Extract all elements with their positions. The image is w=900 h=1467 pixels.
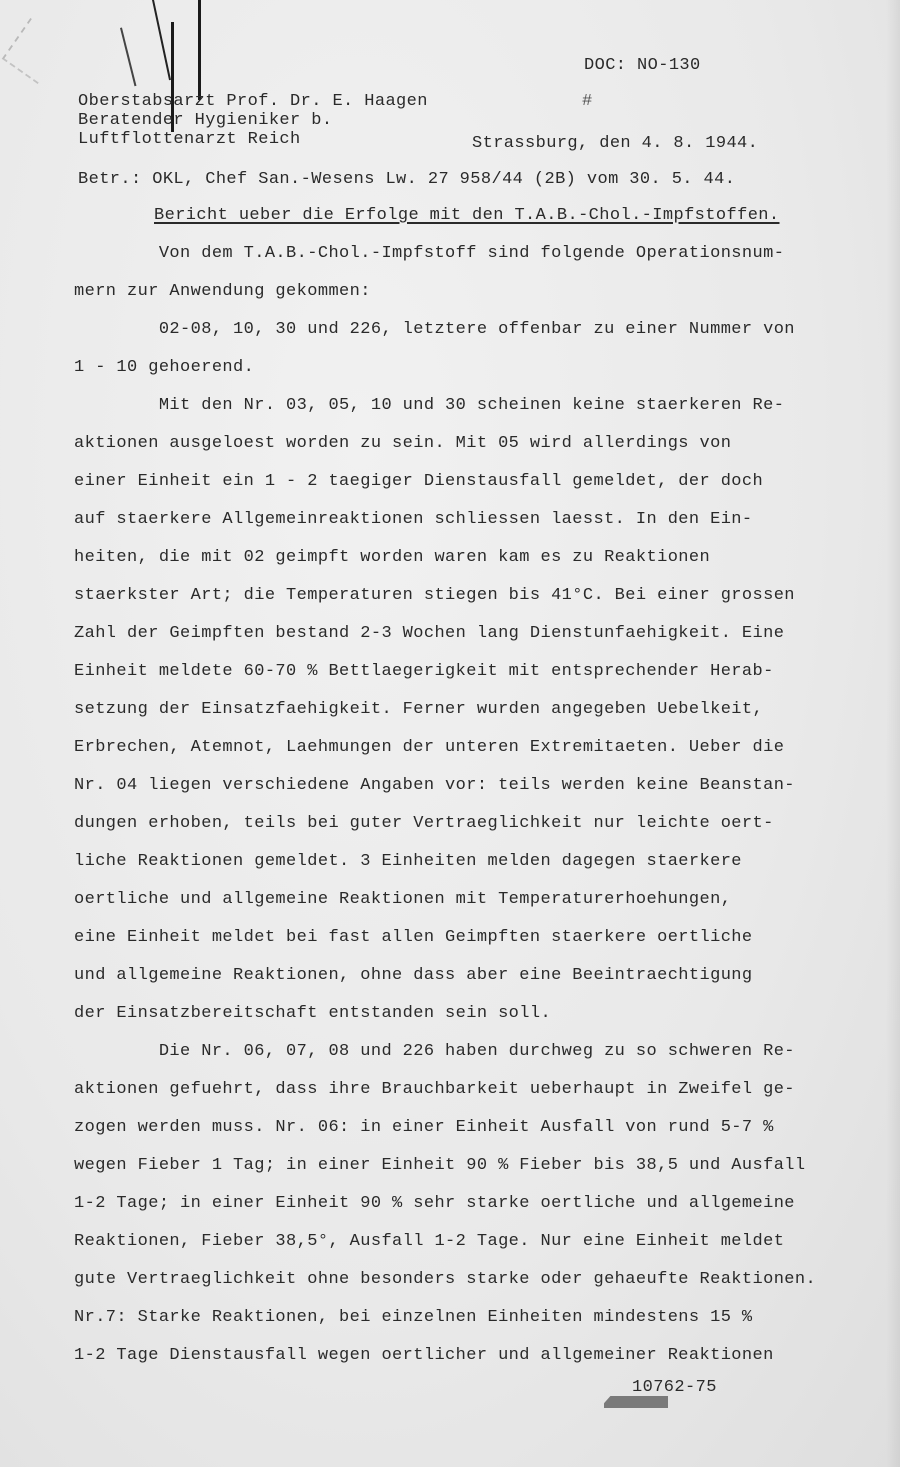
body-text-line: Die Nr. 06, 07, 08 und 226 haben durchwe… [74,1042,795,1062]
redaction-mark [604,1396,668,1408]
body-text-line: Reaktionen, Fieber 38,5°, Ausfall 1-2 Ta… [74,1232,784,1252]
body-text-line: dungen erhoben, teils bei guter Vertraeg… [74,814,774,834]
hash-mark: # [582,92,592,111]
body-text-line: zogen werden muss. Nr. 06: in einer Einh… [74,1118,774,1138]
body-text-line: staerkster Art; die Temperaturen stiegen… [74,586,795,606]
body-text-line: gute Vertraeglichkeit ohne besonders sta… [74,1270,816,1290]
body-text-line: und allgemeine Reaktionen, ohne dass abe… [74,966,753,986]
body-text-line: heiten, die mit 02 geimpft worden waren … [74,548,710,568]
body-text-line: Erbrechen, Atemnot, Laehmungen der unter… [74,738,784,758]
body-text-line: mern zur Anwendung gekommen: [74,282,371,302]
body-text-line: liche Reaktionen gemeldet. 3 Einheiten m… [74,852,742,872]
body-text-line: aktionen ausgeloest worden zu sein. Mit … [74,434,731,454]
body-text-line: Von dem T.A.B.-Chol.-Impfstoff sind folg… [74,244,784,264]
sender-line-3: Luftflottenarzt Reich [78,130,301,150]
body-text-line: Mit den Nr. 03, 05, 10 und 30 scheinen k… [74,396,784,416]
paper-edge-shadow [886,0,900,1467]
body-text-line: oertliche und allgemeine Reaktionen mit … [74,890,731,910]
body-text-line: eine Einheit meldet bei fast allen Geimp… [74,928,753,948]
sender-line-1: Oberstabsarzt Prof. Dr. E. Haagen [78,92,428,112]
paper-damage-mark [2,18,67,84]
ink-stroke-mark [152,0,171,80]
reference-line: Betr.: OKL, Chef San.-Wesens Lw. 27 958/… [78,170,735,190]
ink-stroke-mark [198,0,201,100]
body-text-line: 1 - 10 gehoerend. [74,358,254,378]
body-text-line: 02-08, 10, 30 und 226, letztere offenbar… [74,320,795,340]
body-text-line: Nr.7: Starke Reaktionen, bei einzelnen E… [74,1308,753,1328]
ink-stroke-mark [120,28,136,87]
document-id: DOC: NO-130 [584,56,701,76]
page-number: 10762-75 [632,1378,717,1398]
body-text-line: Einheit meldete 60-70 % Bettlaegerigkeit… [74,662,774,682]
body-text-line: einer Einheit ein 1 - 2 taegiger Diensta… [74,472,763,492]
place-date: Strassburg, den 4. 8. 1944. [472,134,758,154]
body-text-line: aktionen gefuehrt, dass ihre Brauchbarke… [74,1080,795,1100]
body-text-line: 1-2 Tage; in einer Einheit 90 % sehr sta… [74,1194,795,1214]
sender-line-2: Beratender Hygieniker b. [78,111,332,131]
report-title: Bericht ueber die Erfolge mit den T.A.B.… [154,206,780,226]
body-text-line: setzung der Einsatzfaehigkeit. Ferner wu… [74,700,763,720]
body-text-line: der Einsatzbereitschaft entstanden sein … [74,1004,551,1024]
body-text-line: Nr. 04 liegen verschiedene Angaben vor: … [74,776,795,796]
body-text-line: Zahl der Geimpften bestand 2-3 Wochen la… [74,624,784,644]
body-text-line: wegen Fieber 1 Tag; in einer Einheit 90 … [74,1156,806,1176]
body-text-line: auf staerkere Allgemeinreaktionen schlie… [74,510,753,530]
body-text-line: 1-2 Tage Dienstausfall wegen oertlicher … [74,1346,774,1366]
document-page: DOC: NO-130 # Oberstabsarzt Prof. Dr. E.… [0,0,900,1467]
